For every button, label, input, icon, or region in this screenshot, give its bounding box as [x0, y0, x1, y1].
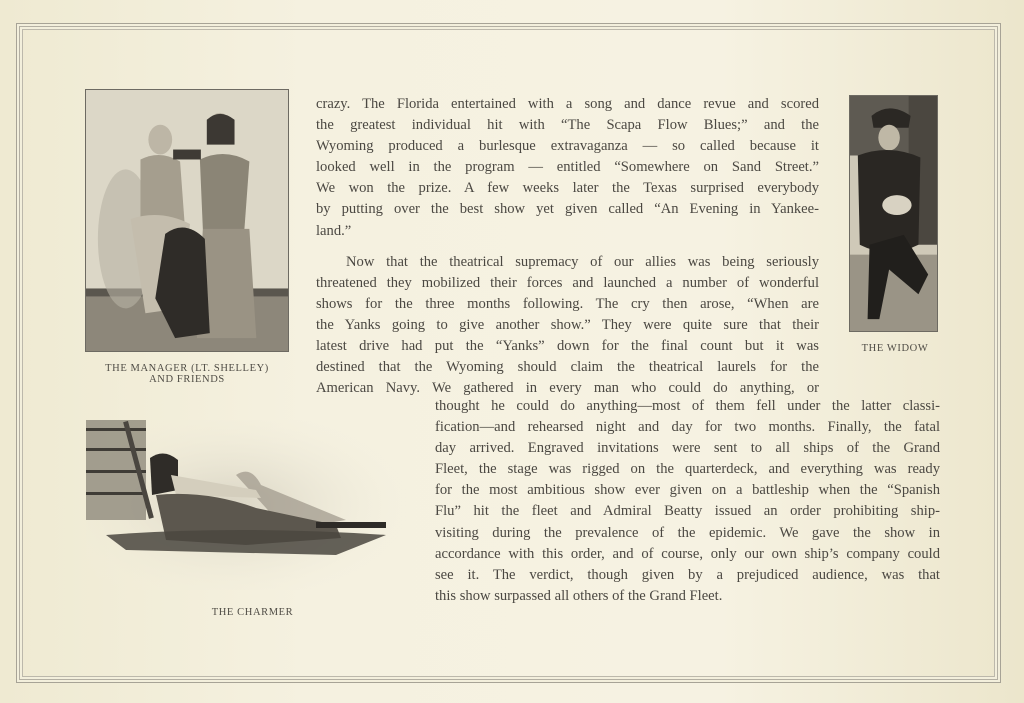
text-line: We won the prize. A few weeks later the …	[316, 178, 819, 199]
manager-photo-illustration	[86, 90, 288, 351]
caption-charmer: THE CHARMER	[160, 607, 345, 618]
text-line: Flu” hit the fleet and Admiral Beatty is…	[435, 501, 940, 522]
caption-manager-line2: AND FRIENDS	[149, 374, 225, 385]
text-line: visiting during the prevalence of the ep…	[435, 523, 940, 544]
photo-manager-and-friends	[85, 89, 289, 352]
text-line: shows for the three months following. Th…	[316, 294, 819, 315]
text-line: looked well in the program — entitled “S…	[316, 157, 819, 178]
text-line: Wyoming produced a burlesque extravaganz…	[316, 136, 819, 157]
text-line: by putting over the best show yet given …	[316, 199, 819, 220]
text-line: Now that the theatrical supremacy of our…	[316, 252, 819, 273]
caption-manager: THE MANAGER (LT. SHELLEY) AND FRIENDS	[85, 363, 289, 385]
text-line: crazy. The Florida entertained with a so…	[316, 94, 819, 115]
text-line: destined that the Wyoming should claim t…	[316, 357, 819, 378]
widow-photo-illustration	[850, 96, 937, 331]
text-line: the greatest individual hit with “The Sc…	[316, 115, 819, 136]
text-line: land.”	[316, 221, 819, 242]
text-line: threatened they mobilized their forces a…	[316, 273, 819, 294]
text-line: see it. The verdict, though given by a p…	[435, 565, 940, 586]
text-line: the Yanks going to give another show.” T…	[316, 315, 819, 336]
charmer-photo-illustration	[86, 420, 408, 590]
text-line: thought he could do anything—most of the…	[435, 396, 940, 417]
text-line: latest drive had put the “Yanks” down fo…	[316, 336, 819, 357]
photo-the-charmer	[86, 420, 408, 590]
text-line: this show surpassed all others of the Gr…	[435, 586, 940, 607]
text-line: fication—and rehearsed night and day for…	[435, 417, 940, 438]
text-line: for the most ambitious show ever given o…	[435, 480, 940, 501]
text-line: Fleet, the stage was rigged on the quart…	[435, 459, 940, 480]
scanned-book-page: THE MANAGER (LT. SHELLEY) AND FRIENDS TH…	[0, 0, 1024, 703]
text-line: accordance with this order, and of cours…	[435, 544, 940, 565]
caption-widow: THE WIDOW	[845, 343, 945, 354]
photo-the-widow	[849, 95, 938, 332]
body-text-upper: crazy. The Florida entertained with a so…	[316, 94, 819, 399]
caption-manager-line1: THE MANAGER (LT. SHELLEY)	[105, 363, 269, 374]
text-line: day arrived. Engraved invitations were s…	[435, 438, 940, 459]
body-text-lower: thought he could do anything—most of the…	[435, 396, 940, 607]
